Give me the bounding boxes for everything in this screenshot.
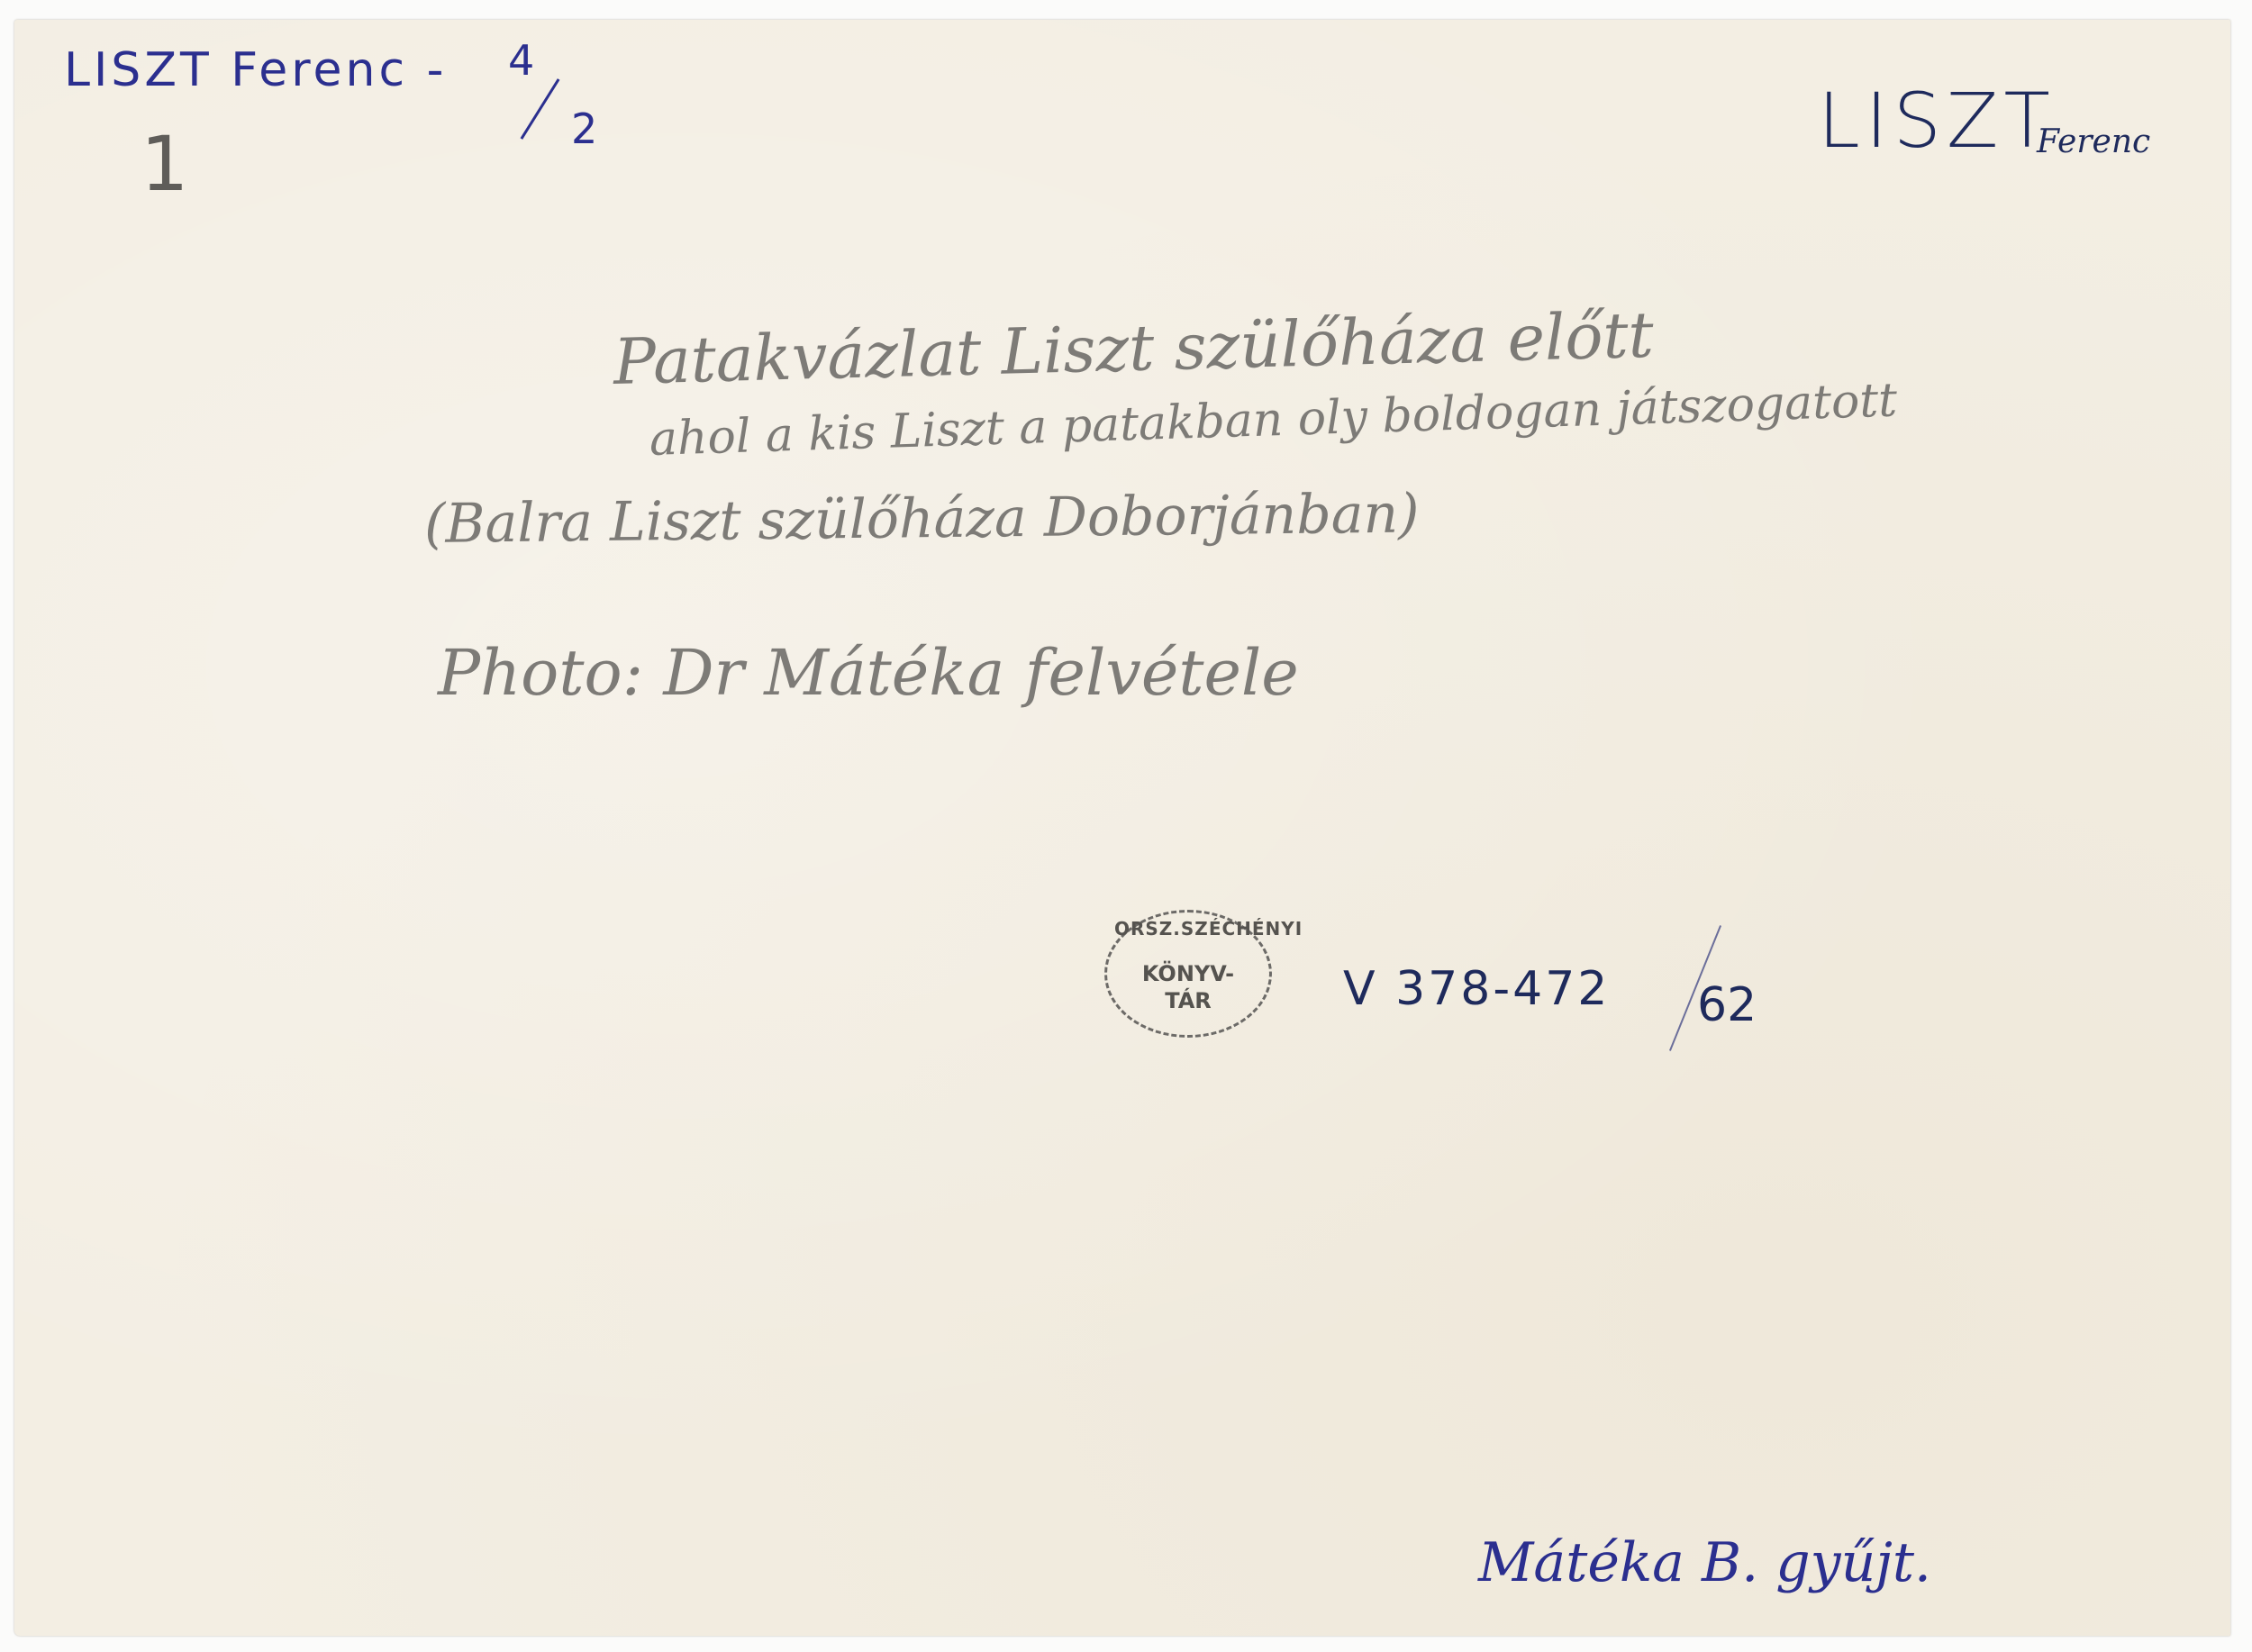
library-stamp: ORSZ.SZÉCHÉNYI KÖNYV- TÁR (1104, 910, 1272, 1038)
catalog-fraction-numerator: 4 (508, 40, 534, 81)
stamp-arc-text: ORSZ.SZÉCHÉNYI (1114, 918, 1267, 939)
collection-note: Mátéka B. gyűjt. (1478, 1536, 1931, 1590)
photo-card-verso: LISZT Ferenc - 4 2 1 LISZT Ferenc Patakv… (14, 20, 2230, 1636)
accession-year: 62 (1697, 982, 1757, 1029)
accession-number: V 378-472 (1343, 966, 1610, 1012)
caption-line-3: (Balra Liszt szülőháza Doborjánban) (424, 486, 1420, 551)
stamp-line-3: TÁR (1107, 988, 1269, 1013)
catalog-fraction-denominator: 2 (571, 108, 597, 150)
subject-given-name: Ferenc (2037, 126, 2150, 159)
item-number: 1 (141, 126, 188, 202)
caption-line-1: Patakvázlat Liszt szülőháza előtt (613, 304, 1654, 394)
catalog-label: LISZT Ferenc - (64, 47, 447, 94)
stamp-line-2: KÖNYV- (1107, 961, 1269, 986)
photo-credit: Photo: Dr Mátéka felvétele (438, 641, 1299, 704)
subject-surname: LISZT (1818, 83, 2056, 159)
fraction-slash (521, 78, 560, 140)
